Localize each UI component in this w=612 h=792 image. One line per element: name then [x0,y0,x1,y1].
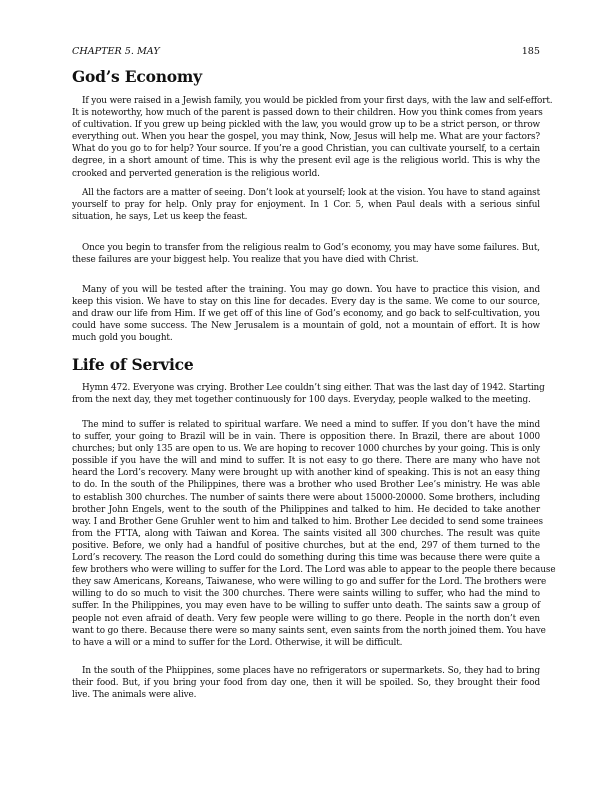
text-line: these failures are your biggest help. Yo… [72,254,540,266]
text-line: to suffer, your going to Brazil will be … [72,431,540,443]
text-line: live. The animals were alive. [72,689,540,701]
chapter-title: CHAPTER 5. MAY [72,46,160,58]
page-number: 185 [522,46,540,58]
text-line: they saw Americans, Koreans, Taiwanese, … [72,576,540,588]
text-line: Lord’s recovery. The reason the Lord cou… [72,552,540,564]
text-line: suffer. In the Philippines, you may even… [72,600,540,612]
paragraph: Hymn 472. Everyone was crying. Brother L… [72,382,540,406]
text-line: situation, he says, Let us keep the feas… [72,211,540,223]
paragraph: If you were raised in a Jewish family, y… [72,95,540,180]
text-line: much gold you bought. [72,332,540,344]
text-line: from the next day, they met together con… [72,394,540,406]
text-line: to establish 300 churches. The number of… [72,492,540,504]
paragraph: Many of you will be tested after the tra… [72,284,540,344]
text-line: possible if you have the will and mind t… [72,455,540,467]
text-line: brother John Engels, went to the south o… [72,504,540,516]
text-line: In the south of the Phiippines, some pla… [72,665,540,677]
text-line: people not even afraid of death. Very fe… [72,613,540,625]
text-line: and draw our life from Him. If we get of… [72,308,540,320]
text-line: heard the Lord’s recovery. Many were bro… [72,467,540,479]
text-line: want to go there. Because there were so … [72,625,540,637]
text-line: few brothers who were willing to suffer … [72,564,540,576]
text-line: Once you begin to transfer from the reli… [72,242,540,254]
text-line: everything out. When you hear the gospel… [72,131,540,143]
section-heading-life-of-service: Life of Service [72,356,194,374]
paragraph: In the south of the Phiippines, some pla… [72,665,540,701]
text-line: from the FTTA, along with Taiwan and Kor… [72,528,540,540]
text-line: What do you go to for help? Your source.… [72,143,540,155]
paragraph: Once you begin to transfer from the reli… [72,242,540,266]
section-heading-gods-economy: God’s Economy [72,68,202,86]
text-line: All the factors are a matter of seeing. … [72,187,540,199]
text-line: If you were raised in a Jewish family, y… [72,95,540,107]
text-line: their food. But, if you bring your food … [72,677,540,689]
text-line: churches; but only 135 are open to us. W… [72,443,540,455]
text-line: way. I and Brother Gene Gruhler went to … [72,516,540,528]
text-line: of cultivation. If you grew up being pic… [72,119,540,131]
text-line: yourself to pray for help. Only pray for… [72,199,540,211]
text-line: Many of you will be tested after the tra… [72,284,540,296]
text-line: positive. Before, we only had a handful … [72,540,540,552]
paragraph: All the factors are a matter of seeing. … [72,187,540,223]
text-line: to have a will or a mind to suffer for t… [72,637,540,649]
text-line: Hymn 472. Everyone was crying. Brother L… [72,382,540,394]
text-line: degree, in a short amount of time. This … [72,155,540,167]
text-line: keep this vision. We have to stay on thi… [72,296,540,308]
text-line: It is noteworthy, how much of the parent… [72,107,540,119]
paragraph: The mind to suffer is related to spiritu… [72,419,540,649]
text-line: willing to do so much to visit the 300 c… [72,588,540,600]
text-line: to do. In the south of the Philippines, … [72,479,540,491]
text-line: crooked and perverted generation is the … [72,168,540,180]
text-line: could have some success. The New Jerusal… [72,320,540,332]
text-line: The mind to suffer is related to spiritu… [72,419,540,431]
